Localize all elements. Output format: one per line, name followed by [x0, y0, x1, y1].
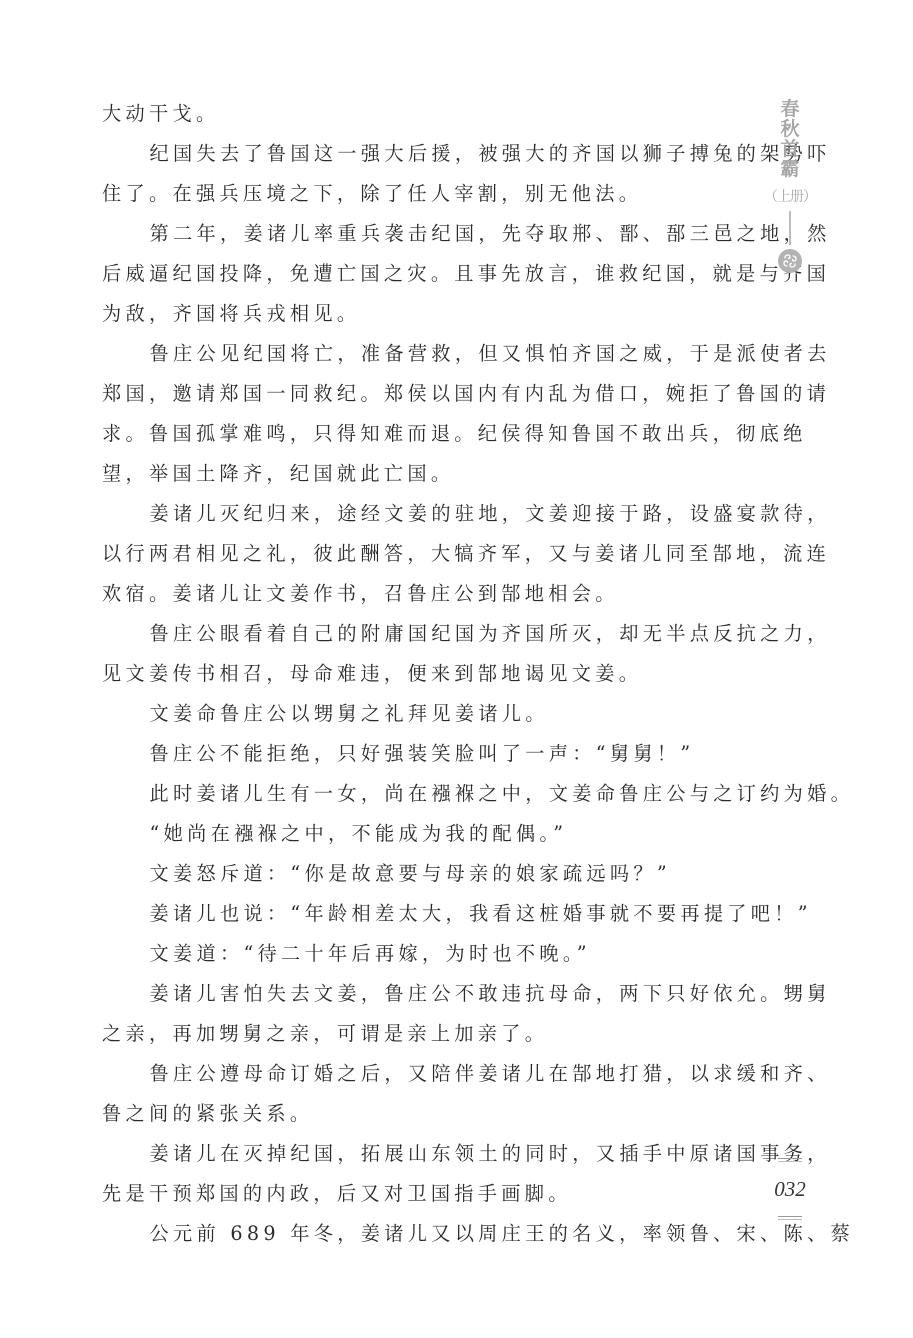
- paragraph: “她尚在襁褓之中，不能成为我的配偶。”: [102, 814, 722, 854]
- text-line: 第二年，姜诸儿率重兵袭击纪国，先夺取郱、鄑、郚三邑之地，然: [102, 214, 722, 254]
- text-line: 鲁庄公遵母命订婚之后，又陪伴姜诸儿在郜地打猎，以求缓和齐、: [102, 1054, 722, 1094]
- paragraph: 姜诸儿害怕失去文姜，鲁庄公不敢违抗母命，两下只好依允。甥舅之亲，再加甥舅之亲，可…: [102, 974, 722, 1054]
- text-line: 公元前 689 年冬，姜诸儿又以周庄王的名义，率领鲁、宋、陈、蔡: [102, 1214, 722, 1254]
- paragraph: 文姜命鲁庄公以甥舅之礼拜见姜诸儿。: [102, 694, 722, 734]
- text-line: 姜诸儿灭纪归来，途经文姜的驻地，文姜迎接于路，设盛宴款待，: [102, 494, 722, 534]
- body-text: 大动干戈。纪国失去了鲁国这一强大后援，被强大的齐国以狮子搏兔的架势吓住了。在强兵…: [102, 94, 722, 1254]
- book-page: 大动干戈。纪国失去了鲁国这一强大后援，被强大的齐国以狮子搏兔的架势吓住了。在强兵…: [0, 0, 913, 1338]
- book-title-char: 首: [762, 140, 818, 160]
- paragraph: 此时姜诸儿生有一女，尚在襁褓之中，文姜命鲁庄公与之订约为婚。: [102, 774, 722, 814]
- folio-rule-top: [778, 1158, 802, 1162]
- text-line: 文姜命鲁庄公以甥舅之礼拜见姜诸儿。: [102, 694, 722, 734]
- paragraph: 鲁庄公遵母命订婚之后，又陪伴姜诸儿在郜地打猎，以求缓和齐、鲁之间的紧张关系。: [102, 1054, 722, 1134]
- text-line: 以行两君相见之礼，彼此酬答，大犒齐军，又与姜诸儿同至郜地，流连: [102, 534, 722, 574]
- paragraph: 第二年，姜诸儿率重兵袭击纪国，先夺取郱、鄑、郚三邑之地，然后威逼纪国投降，免遭亡…: [102, 214, 722, 334]
- text-line: “她尚在襁褓之中，不能成为我的配偶。”: [102, 814, 722, 854]
- book-title-char: 春: [762, 100, 818, 120]
- running-header-vertical: 春 秋 首 霸 （上册）: [762, 100, 818, 273]
- text-line: 纪国失去了鲁国这一强大后援，被强大的齐国以狮子搏兔的架势吓: [102, 134, 722, 174]
- folio-rule-bottom: [778, 1216, 802, 1220]
- text-line: 文姜怒斥道：“你是故意要与母亲的娘家疏远吗？”: [102, 854, 722, 894]
- cloud-scroll-emblem-icon: [778, 249, 802, 273]
- text-line: 望，举国土降齐，纪国就此亡国。: [102, 454, 722, 494]
- text-line: 鲁之间的紧张关系。: [102, 1094, 722, 1134]
- text-line: 郑国，邀请郑国一同救纪。郑侯以国内有内乱为借口，婉拒了鲁国的请: [102, 374, 722, 414]
- text-line: 之亲，再加甥舅之亲，可谓是亲上加亲了。: [102, 1014, 722, 1054]
- text-line: 此时姜诸儿生有一女，尚在襁褓之中，文姜命鲁庄公与之订约为婚。: [102, 774, 722, 814]
- paragraph: 文姜道：“待二十年后再嫁，为时也不晚。”: [102, 934, 722, 974]
- paragraph: 姜诸儿灭纪归来，途经文姜的驻地，文姜迎接于路，设盛宴款待，以行两君相见之礼，彼此…: [102, 494, 722, 614]
- text-line: 鲁庄公眼看着自己的附庸国纪国为齐国所灭，却无半点反抗之力，: [102, 614, 722, 654]
- text-line: 姜诸儿害怕失去文姜，鲁庄公不敢违抗母命，两下只好依允。甥舅: [102, 974, 722, 1014]
- book-title-char: 秋: [762, 120, 818, 140]
- text-line: 大动干戈。: [102, 94, 722, 134]
- text-line: 见文姜传书相召，母命难违，便来到郜地谒见文姜。: [102, 654, 722, 694]
- text-line: 后威逼纪国投降，免遭亡国之灾。且事先放言，谁救纪国，就是与齐国: [102, 254, 722, 294]
- volume-label: （上册）: [762, 188, 818, 206]
- page-number: 032: [770, 1174, 810, 1204]
- text-line: 先是干预郑国的内政，后又对卫国指手画脚。: [102, 1174, 722, 1214]
- paragraph: 鲁庄公见纪国将亡，准备营救，但又惧怕齐国之威，于是派使者去郑国，邀请郑国一同救纪…: [102, 334, 722, 494]
- paragraph: 文姜怒斥道：“你是故意要与母亲的娘家疏远吗？”: [102, 854, 722, 894]
- paragraph: 大动干戈。: [102, 94, 722, 134]
- text-line: 欢宿。姜诸儿让文姜作书，召鲁庄公到郜地相会。: [102, 574, 722, 614]
- paragraph: 公元前 689 年冬，姜诸儿又以周庄王的名义，率领鲁、宋、陈、蔡: [102, 1214, 722, 1254]
- text-line: 姜诸儿在灭掉纪国，拓展山东领土的同时，又插手中原诸国事务，: [102, 1134, 722, 1174]
- paragraph: 姜诸儿在灭掉纪国，拓展山东领土的同时，又插手中原诸国事务，先是干预郑国的内政，后…: [102, 1134, 722, 1214]
- text-line: 姜诸儿也说：“年龄相差太大，我看这桩婚事就不要再提了吧！”: [102, 894, 722, 934]
- text-line: 鲁庄公见纪国将亡，准备营救，但又惧怕齐国之威，于是派使者去: [102, 334, 722, 374]
- paragraph: 鲁庄公眼看着自己的附庸国纪国为齐国所灭，却无半点反抗之力，见文姜传书相召，母命难…: [102, 614, 722, 694]
- page-folio: 032: [770, 1158, 810, 1220]
- paragraph: 鲁庄公不能拒绝，只好强装笑脸叫了一声：“舅舅！”: [102, 734, 722, 774]
- divider-line: [789, 211, 791, 245]
- text-line: 住了。在强兵压境之下，除了任人宰割，别无他法。: [102, 174, 722, 214]
- text-line: 为敌，齐国将兵戎相见。: [102, 294, 722, 334]
- text-line: 文姜道：“待二十年后再嫁，为时也不晚。”: [102, 934, 722, 974]
- text-line: 求。鲁国孤掌难鸣，只得知难而退。纪侯得知鲁国不敢出兵，彻底绝: [102, 414, 722, 454]
- paragraph: 姜诸儿也说：“年龄相差太大，我看这桩婚事就不要再提了吧！”: [102, 894, 722, 934]
- text-line: 鲁庄公不能拒绝，只好强装笑脸叫了一声：“舅舅！”: [102, 734, 722, 774]
- paragraph: 纪国失去了鲁国这一强大后援，被强大的齐国以狮子搏兔的架势吓住了。在强兵压境之下，…: [102, 134, 722, 214]
- book-title-char: 霸: [762, 160, 818, 180]
